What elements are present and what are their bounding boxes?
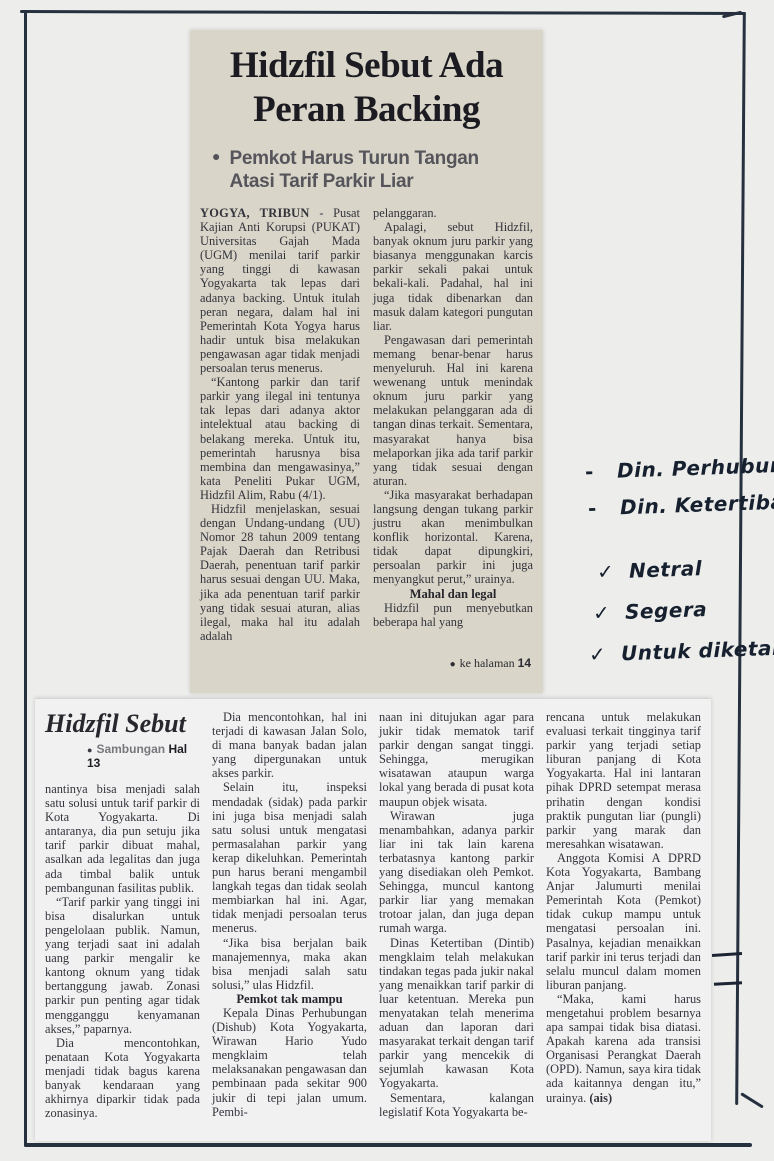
lead-paragraph: YOGYA, TRIBUN - Pusat Kajian Anti Korups… (200, 206, 360, 375)
paragraph: naan ini ditujukan agar para jukir tidak… (379, 710, 534, 809)
pen-frame-bottom-hook (740, 1092, 764, 1108)
continuation-column-1: Hidzfil Sebut ●Sambungan Hal 13 nantinya… (45, 710, 200, 1120)
paragraph: Dia mencontohkan, hal ini terjadi di kaw… (212, 710, 367, 780)
scanned-newspaper-page: Hidzfil Sebut Ada Peran Backing ● Pemkot… (0, 0, 774, 1161)
dash-marker: - (585, 459, 618, 484)
handwritten-note-untuk-diketahui: ✓ Untuk diketah (589, 636, 774, 667)
dash-marker: - (588, 495, 621, 520)
paragraph: “Maka, kami harus mengetahui problem bes… (546, 992, 701, 1105)
section-subhead: Mahal dan legal (373, 587, 533, 601)
paragraph: Apalagi, sebut Hidzfil, banyak oknum jur… (373, 220, 533, 333)
lead-paragraph-text: - Pusat Kajian Anti Korupsi (PUKAT) Univ… (200, 206, 360, 375)
paragraph: Dinas Ketertiban (Dintib) mengklaim tela… (379, 936, 534, 1091)
bullet-icon: ● (87, 745, 92, 755)
handwritten-note-segera: ✓ Segera (593, 597, 708, 625)
continuation-column-2: Dia mencontohkan, hal ini terjadi di kaw… (212, 710, 367, 1120)
continuation-column-4: rencana untuk melakukan evaluasi terkait… (546, 710, 701, 1120)
pen-frame-top-line (20, 10, 746, 15)
handwritten-note-din-perhubungan: - Din. Perhubung (585, 452, 774, 483)
subheadline-text: Pemkot Harus Turun Tangan Atasi Tarif Pa… (229, 147, 478, 193)
dateline: YOGYA, TRIBUN (200, 206, 310, 220)
continuation-columns: Hidzfil Sebut ●Sambungan Hal 13 nantinya… (35, 699, 711, 1120)
top-article-clipping: Hidzfil Sebut Ada Peran Backing ● Pemkot… (190, 30, 543, 693)
continuation-article-clipping: Hidzfil Sebut ●Sambungan Hal 13 nantinya… (35, 698, 711, 1141)
article-columns: YOGYA, TRIBUN - Pusat Kajian Anti Korups… (200, 206, 533, 671)
note-text: Din. Ketertiba (620, 490, 774, 520)
note-text: Netral (629, 556, 703, 583)
jump-page-number: 14 (518, 656, 531, 670)
paragraph: “Kantong parkir dan tarif parkir yang il… (200, 375, 360, 502)
continued-from-note: ●Sambungan Hal 13 (87, 742, 200, 770)
note-text: Din. Perhubung (617, 452, 774, 482)
paragraph: Wirawan juga menambahkan, adanya parkir … (379, 809, 534, 936)
paragraph: “Jika masyarakat berhadapan langsung den… (373, 488, 533, 587)
paragraph-text: “Maka, kami harus mengetahui problem bes… (546, 992, 701, 1105)
handwritten-note-netral: ✓ Netral (597, 556, 703, 584)
bullet-icon: ● (212, 150, 220, 193)
checkmark-icon: ✓ (589, 641, 622, 666)
continuation-title: Hidzfil Sebut (45, 710, 200, 738)
subheadline-line-2: Atasi Tarif Parkir Liar (229, 170, 478, 193)
paragraph: nantinya bisa menjadi salah satu solusi … (45, 782, 200, 895)
paragraph: Pengawasan dari pemerintah memang benar-… (373, 333, 533, 488)
byline: (ais) (589, 1091, 612, 1105)
paragraph: Selain itu, inspeksi mendadak (sidak) pa… (212, 780, 367, 935)
article-headline: Hidzfil Sebut Ada Peran Backing (196, 44, 537, 132)
pen-frame-bottom-line (24, 1143, 752, 1147)
paragraph: Sementara, kalangan legislatif Kota Yogy… (379, 1091, 534, 1119)
paragraph: Hidzfil menjelaskan, sesuai dengan Undan… (200, 502, 360, 643)
continued-from-label: Sambungan (96, 742, 168, 756)
continued-on-page-note: ●ke halaman 14 (373, 656, 533, 671)
continuation-column-3: naan ini ditujukan agar para jukir tidak… (379, 710, 534, 1120)
handwritten-note-din-ketertiban: - Din. Ketertiba (588, 490, 774, 521)
checkmark-icon: ✓ (597, 559, 630, 584)
note-text: Untuk diketah (621, 636, 774, 666)
section-subhead: Pemkot tak mampu (212, 992, 367, 1006)
bullet-icon: ● (450, 659, 456, 670)
checkmark-icon: ✓ (593, 600, 626, 625)
paragraph: Kepala Dinas Perhubungan (Dishub) Kota Y… (212, 1006, 367, 1119)
jump-label: ke halaman (460, 656, 518, 670)
subheadline-line-1: Pemkot Harus Turun Tangan (229, 147, 478, 170)
paragraph: rencana untuk melakukan evaluasi terkait… (546, 710, 701, 851)
top-article-column-2: pelanggaran. Apalagi, sebut Hidzfil, ban… (373, 206, 533, 671)
paragraph: pelanggaran. (373, 206, 533, 220)
paragraph: “Jika bisa berjalan baik manajemennya, m… (212, 936, 367, 992)
note-text: Segera (625, 597, 708, 624)
headline-line-2: Peran Backing (196, 88, 537, 132)
continuation-header: Hidzfil Sebut ●Sambungan Hal 13 (45, 710, 200, 770)
pen-frame-left-line (24, 11, 27, 1147)
headline-line-1: Hidzfil Sebut Ada (196, 44, 537, 88)
article-subheadline: ● Pemkot Harus Turun Tangan Atasi Tarif … (212, 147, 543, 193)
pen-frame-right-line (735, 13, 746, 1105)
paragraph: “Tarif parkir yang tinggi ini bisa disal… (45, 895, 200, 1036)
paragraph: Hidzfil pun menyebutkan beberapa hal yan… (373, 601, 533, 629)
paragraph: Anggota Komisi A DPRD Kota Yogyakarta, B… (546, 851, 701, 992)
paragraph: Dia mencontohkan, penataan Kota Yogyakar… (45, 1036, 200, 1121)
top-article-column-1: YOGYA, TRIBUN - Pusat Kajian Anti Korups… (200, 206, 360, 671)
